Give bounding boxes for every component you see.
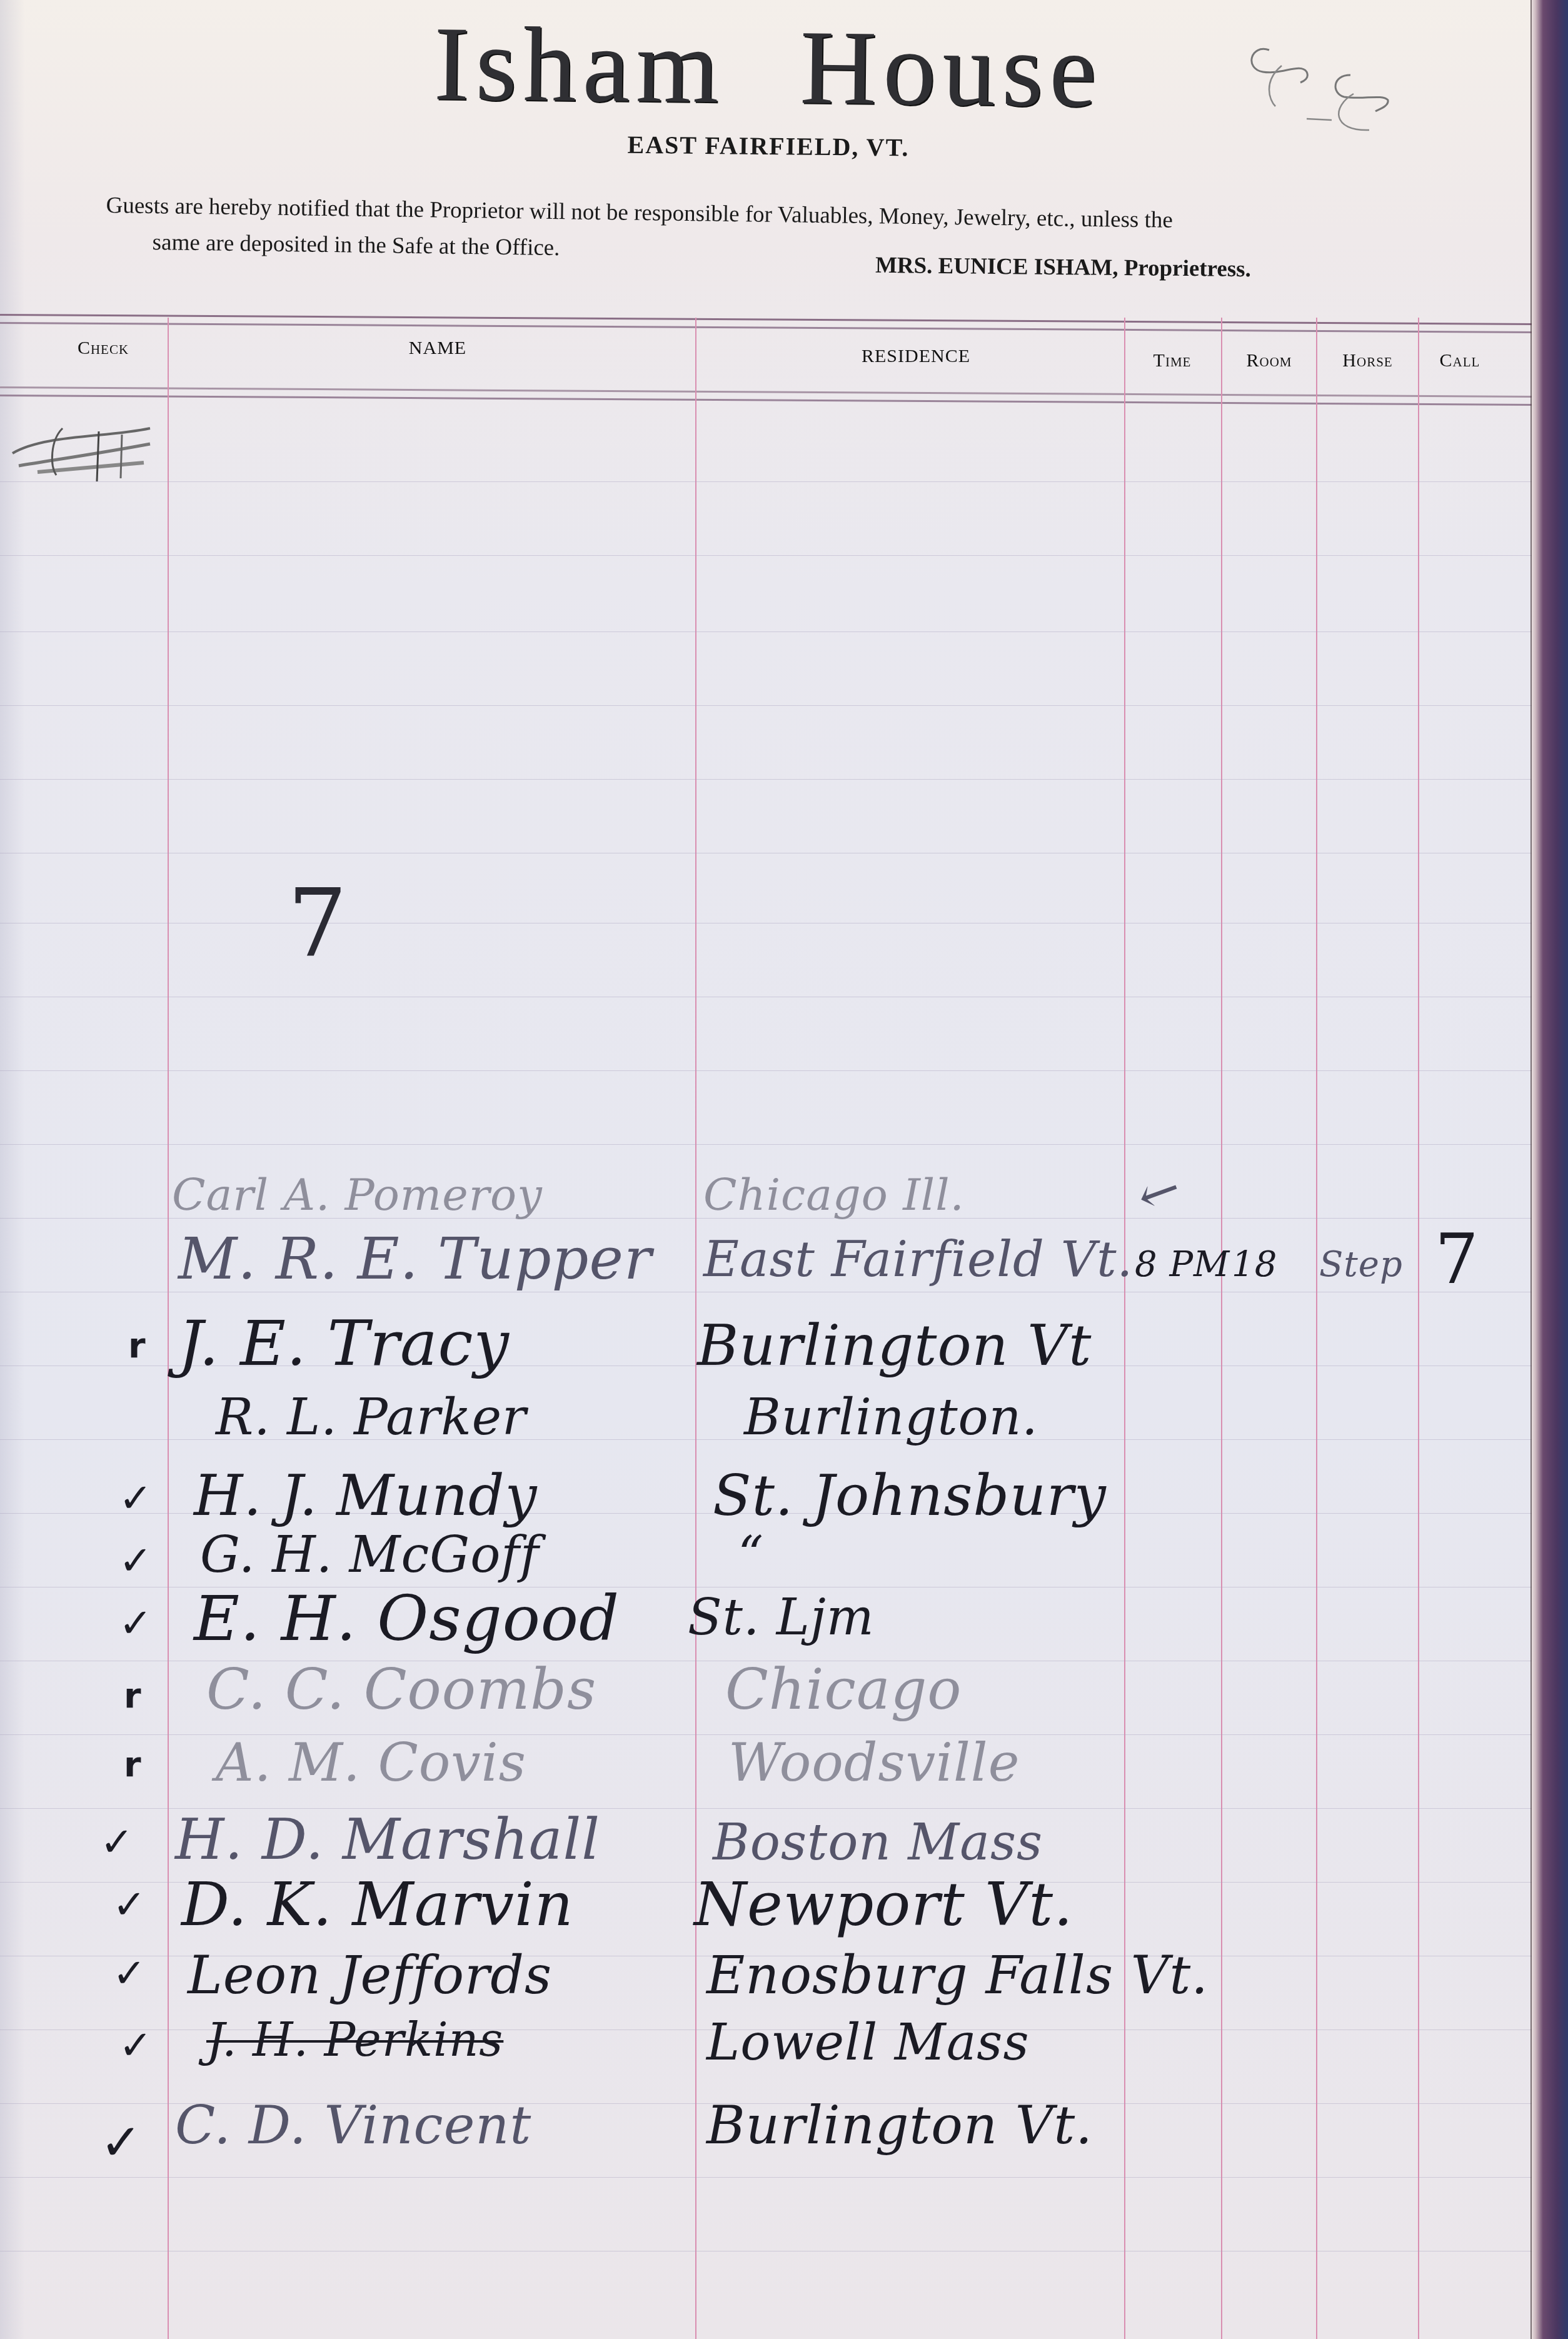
- entry-name: Carl A. Pomeroy: [172, 1169, 543, 1220]
- entry-name: R. L. Parker: [216, 1388, 526, 1446]
- column-header-horse: Horse: [1319, 350, 1416, 371]
- entry-check-mark: r: [128, 1325, 146, 1366]
- entry-name: H. J. Mundy: [194, 1463, 538, 1529]
- ruled-line: [0, 481, 1532, 482]
- ruled-line: [0, 923, 1532, 923]
- ruled-line: [0, 2177, 1532, 2178]
- entry-name: J. E. Tracy: [178, 1307, 510, 1380]
- title-word-1: Isham: [433, 3, 725, 128]
- entry-name: D. K. Marvin: [181, 1869, 574, 1939]
- entry-check-mark: r: [124, 1676, 141, 1716]
- arrow-icon: ←: [1129, 1157, 1189, 1227]
- margin-number: 7: [288, 869, 348, 978]
- entry-name: M. R. E. Tupper: [178, 1225, 652, 1292]
- ruled-line: [0, 555, 1532, 556]
- entry-name: G. H. McGoff: [200, 1526, 540, 1584]
- entry-check-mark: r: [124, 1744, 141, 1785]
- ruled-line: [0, 2251, 1532, 2251]
- column-header-name: NAME: [350, 338, 525, 359]
- entry-check-mark: ✓: [119, 1601, 153, 1647]
- entry-residence: Chicago: [725, 1657, 962, 1723]
- column-header-residence: RESIDENCE: [813, 346, 1019, 367]
- column-divider-horse: [1418, 318, 1419, 2339]
- column-header-time: Time: [1125, 350, 1219, 371]
- entry-name: A. M. Covis: [216, 1732, 526, 1793]
- column-divider-name: [695, 318, 696, 2339]
- proprietress-signature: MRS. EUNICE ISHAM, Proprietress.: [875, 252, 1251, 283]
- column-header-check: Check: [56, 338, 150, 359]
- entry-residence: Lowell Mass: [706, 2013, 1029, 2071]
- column-divider-time: [1221, 318, 1222, 2339]
- ruled-line: [0, 1070, 1532, 1071]
- entry-residence: Newport Vt.: [694, 1869, 1073, 1939]
- entry-residence: Chicago Ill.: [703, 1169, 965, 1220]
- entry-residence: Burlington Vt: [697, 1313, 1092, 1379]
- entry-name: Leon Jeffords: [188, 1944, 552, 2006]
- entry-time: 8 PM: [1135, 1244, 1230, 1285]
- column-divider-check: [168, 318, 169, 2339]
- entry-residence: Boston Mass: [713, 1813, 1043, 1871]
- ruled-line: [0, 1144, 1532, 1145]
- entry-call: 7: [1435, 1219, 1479, 1299]
- ruled-line: [0, 853, 1532, 853]
- entry-name: C. C. Coombs: [206, 1657, 596, 1723]
- entry-check-mark: ✓: [100, 2113, 142, 2171]
- entry-residence: St. Johnsbury: [713, 1463, 1107, 1529]
- entry-check-mark: ✓: [100, 1819, 134, 1866]
- ruled-line: [0, 997, 1532, 997]
- proprietress-name: MRS. EUNICE ISHAM,: [875, 253, 1118, 281]
- entry-check-mark: ✓: [119, 1476, 153, 1522]
- entry-horse: Step: [1319, 1244, 1403, 1285]
- entry-name: E. H. Osgood: [194, 1582, 620, 1655]
- register-page: IshamHouse EAST FAIRFIELD, VT. Guests ar…: [0, 0, 1537, 2339]
- entry-room: 18: [1232, 1244, 1277, 1285]
- ruled-line: [0, 631, 1532, 632]
- entry-residence-ditto: “: [738, 1526, 764, 1584]
- ruled-line: [0, 705, 1532, 706]
- entry-residence: Burlington.: [744, 1388, 1038, 1446]
- column-header-call: Call: [1419, 350, 1500, 371]
- entry-residence: Woodsville: [728, 1732, 1020, 1793]
- ruled-line: [0, 779, 1532, 780]
- entry-residence: East Fairfield Vt.: [703, 1232, 1133, 1288]
- entry-check-mark: ✓: [113, 1951, 146, 1997]
- crossed-out-mark-icon: [6, 416, 156, 485]
- entry-check-mark: ✓: [113, 1882, 146, 1928]
- entry-name: H. D. Marshall: [175, 1807, 600, 1873]
- book-binding: [1532, 0, 1568, 2339]
- header-rule-top: [0, 314, 1532, 333]
- header-rule-bottom: [0, 386, 1532, 406]
- column-divider-room: [1316, 318, 1317, 2339]
- entry-residence: Burlington Vt.: [706, 2095, 1093, 2156]
- entry-residence: Enosburg Falls Vt.: [706, 1944, 1209, 2006]
- entry-check-mark: ✓: [119, 2023, 153, 2069]
- entry-name: C. D. Vincent: [175, 2095, 531, 2156]
- entry-check-mark: ✓: [119, 1538, 153, 1584]
- entry-residence: St. Ljm: [688, 1588, 875, 1646]
- column-header-room: Room: [1222, 350, 1316, 371]
- title-word-2: House: [800, 7, 1103, 132]
- entry-name: J. H. Perkins: [206, 2013, 503, 2067]
- pencil-annotation-icon: [1244, 38, 1394, 131]
- proprietress-title: Proprietress.: [1124, 255, 1252, 282]
- column-divider-residence: [1124, 318, 1125, 2339]
